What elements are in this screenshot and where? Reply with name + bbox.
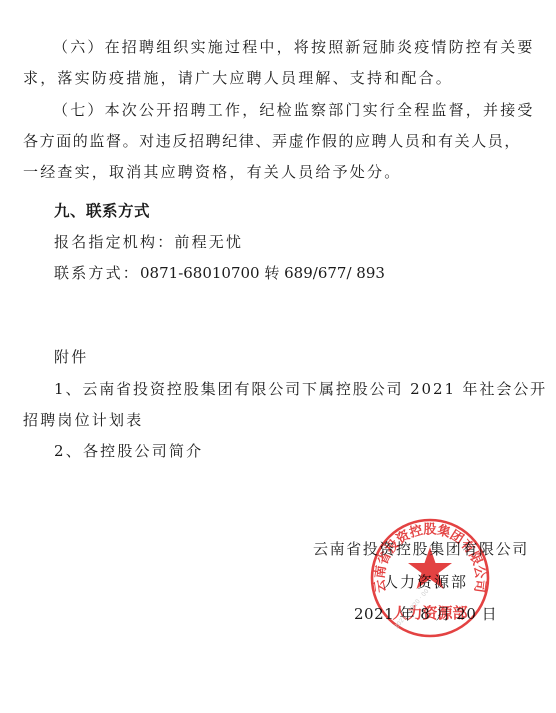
contact-heading: 九、联系方式 xyxy=(54,201,150,221)
attachment-2: 2、各控股公司简介 xyxy=(54,441,203,461)
phone-label: 联系方式： xyxy=(54,264,140,282)
para7-line1: （七）本次公开招聘工作，纪检监察部门实行全程监督，并接受 xyxy=(53,100,535,120)
agency-value: 前程无忧 xyxy=(174,233,243,251)
para6-line2: 求，落实防疫措施，请广大应聘人员理解、支持和配合。 xyxy=(23,68,453,88)
para7-line3: 一经查实，取消其应聘资格，有关人员给予处分。 xyxy=(23,162,401,182)
signature-organization: 云南省投资控股集团有限公司 xyxy=(313,539,529,559)
attachment-1-line2: 招聘岗位计划表 xyxy=(23,410,143,430)
signature-department: 人力资源部 xyxy=(383,572,468,592)
attachments-title: 附件 xyxy=(54,347,88,367)
contact-phone: 联系方式：0871-68010700 转 689/677/ 893 xyxy=(54,263,385,283)
agency-label: 报名指定机构： xyxy=(54,233,174,251)
para6-line1: （六）在招聘组织实施过程中，将按照新冠肺炎疫情防控有关要 xyxy=(53,37,535,57)
contact-agency: 报名指定机构：前程无忧 xyxy=(54,232,243,252)
para7-line2: 各方面的监督。对违反招聘纪律、弄虚作假的应聘人员和有关人员， xyxy=(23,131,521,151)
signature-date: 2021 年 8 月 20 日 xyxy=(354,604,497,624)
attachment-1-line1: 1、云南省投资控股集团有限公司下属控股公司 2021 年社会公开 xyxy=(54,379,547,399)
phone-value: 0871-68010700 转 689/677/ 893 xyxy=(140,264,385,282)
